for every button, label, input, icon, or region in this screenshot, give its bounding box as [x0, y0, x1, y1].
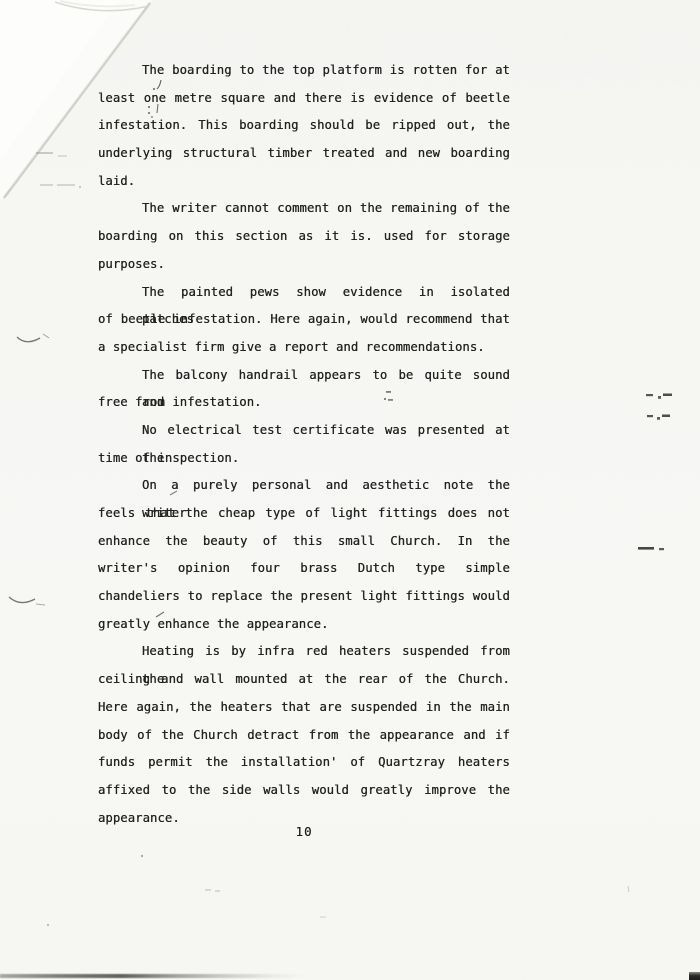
- bottom-right-scan-mark: [689, 972, 700, 980]
- page-number: 10: [98, 824, 510, 839]
- paragraph: Heating is by infra red heaters suspende…: [98, 638, 510, 832]
- text-line: underlying structural timber treated and…: [98, 140, 510, 168]
- text-line: writer's opinion four brass Dutch type s…: [98, 555, 510, 583]
- text-line: funds permit the installation' of Quartz…: [98, 749, 510, 777]
- text-line: ceiling and wall mounted at the rear of …: [98, 666, 510, 694]
- text-line: On a purely personal and aesthetic note …: [98, 472, 510, 500]
- text-line: least one metre square and there is evid…: [98, 85, 510, 113]
- text-line: The painted pews show evidence in isolat…: [98, 279, 510, 307]
- text-line: feels that the cheap type of light fitti…: [98, 500, 510, 528]
- paragraph: The balcony handrail appears to be quite…: [98, 362, 510, 417]
- text-line: purposes.: [98, 251, 510, 279]
- text-line: The writer cannot comment on the remaini…: [98, 195, 510, 223]
- paragraph: The painted pews show evidence in isolat…: [98, 279, 510, 362]
- paragraph: On a purely personal and aesthetic note …: [98, 472, 510, 638]
- text-line: enhance the beauty of this small Church.…: [98, 528, 510, 556]
- text-line: The boarding to the top platform is rott…: [98, 57, 510, 85]
- report-text-block: The boarding to the top platform is rott…: [98, 57, 510, 832]
- text-line: laid.: [98, 168, 510, 196]
- text-line: No electrical test certificate was prese…: [98, 417, 510, 445]
- text-line: infestation. This boarding should be rip…: [98, 112, 510, 140]
- scanned-document-page: The boarding to the top platform is rott…: [0, 0, 700, 980]
- paragraph: The writer cannot comment on the remaini…: [98, 195, 510, 278]
- paragraph: The boarding to the top platform is rott…: [98, 57, 510, 195]
- text-line: body of the Church detract from the appe…: [98, 722, 510, 750]
- text-line: affixed to the side walls would greatly …: [98, 777, 510, 805]
- text-line: boarding on this section as it is. used …: [98, 223, 510, 251]
- text-line: The balcony handrail appears to be quite…: [98, 362, 510, 390]
- text-line: Here again, the heaters that are suspend…: [98, 694, 510, 722]
- text-line: of beetle infestation. Here again, would…: [98, 306, 510, 334]
- text-line: free from infestation.: [98, 389, 510, 417]
- pen-squiggle-icon: [17, 337, 40, 342]
- bottom-scan-band: [0, 974, 305, 978]
- text-line: Heating is by infra red heaters suspende…: [98, 638, 510, 666]
- right-margin-dash-marks: [638, 394, 672, 551]
- text-line: chandeliers to replace the present light…: [98, 583, 510, 611]
- paragraph: No electrical test certificate was prese…: [98, 417, 510, 472]
- text-line: a specialist firm give a report and reco…: [98, 334, 510, 362]
- text-line: time of inspection.: [98, 445, 510, 473]
- pen-squiggle-icon: [9, 597, 35, 603]
- text-line: greatly enhance the appearance.: [98, 611, 510, 639]
